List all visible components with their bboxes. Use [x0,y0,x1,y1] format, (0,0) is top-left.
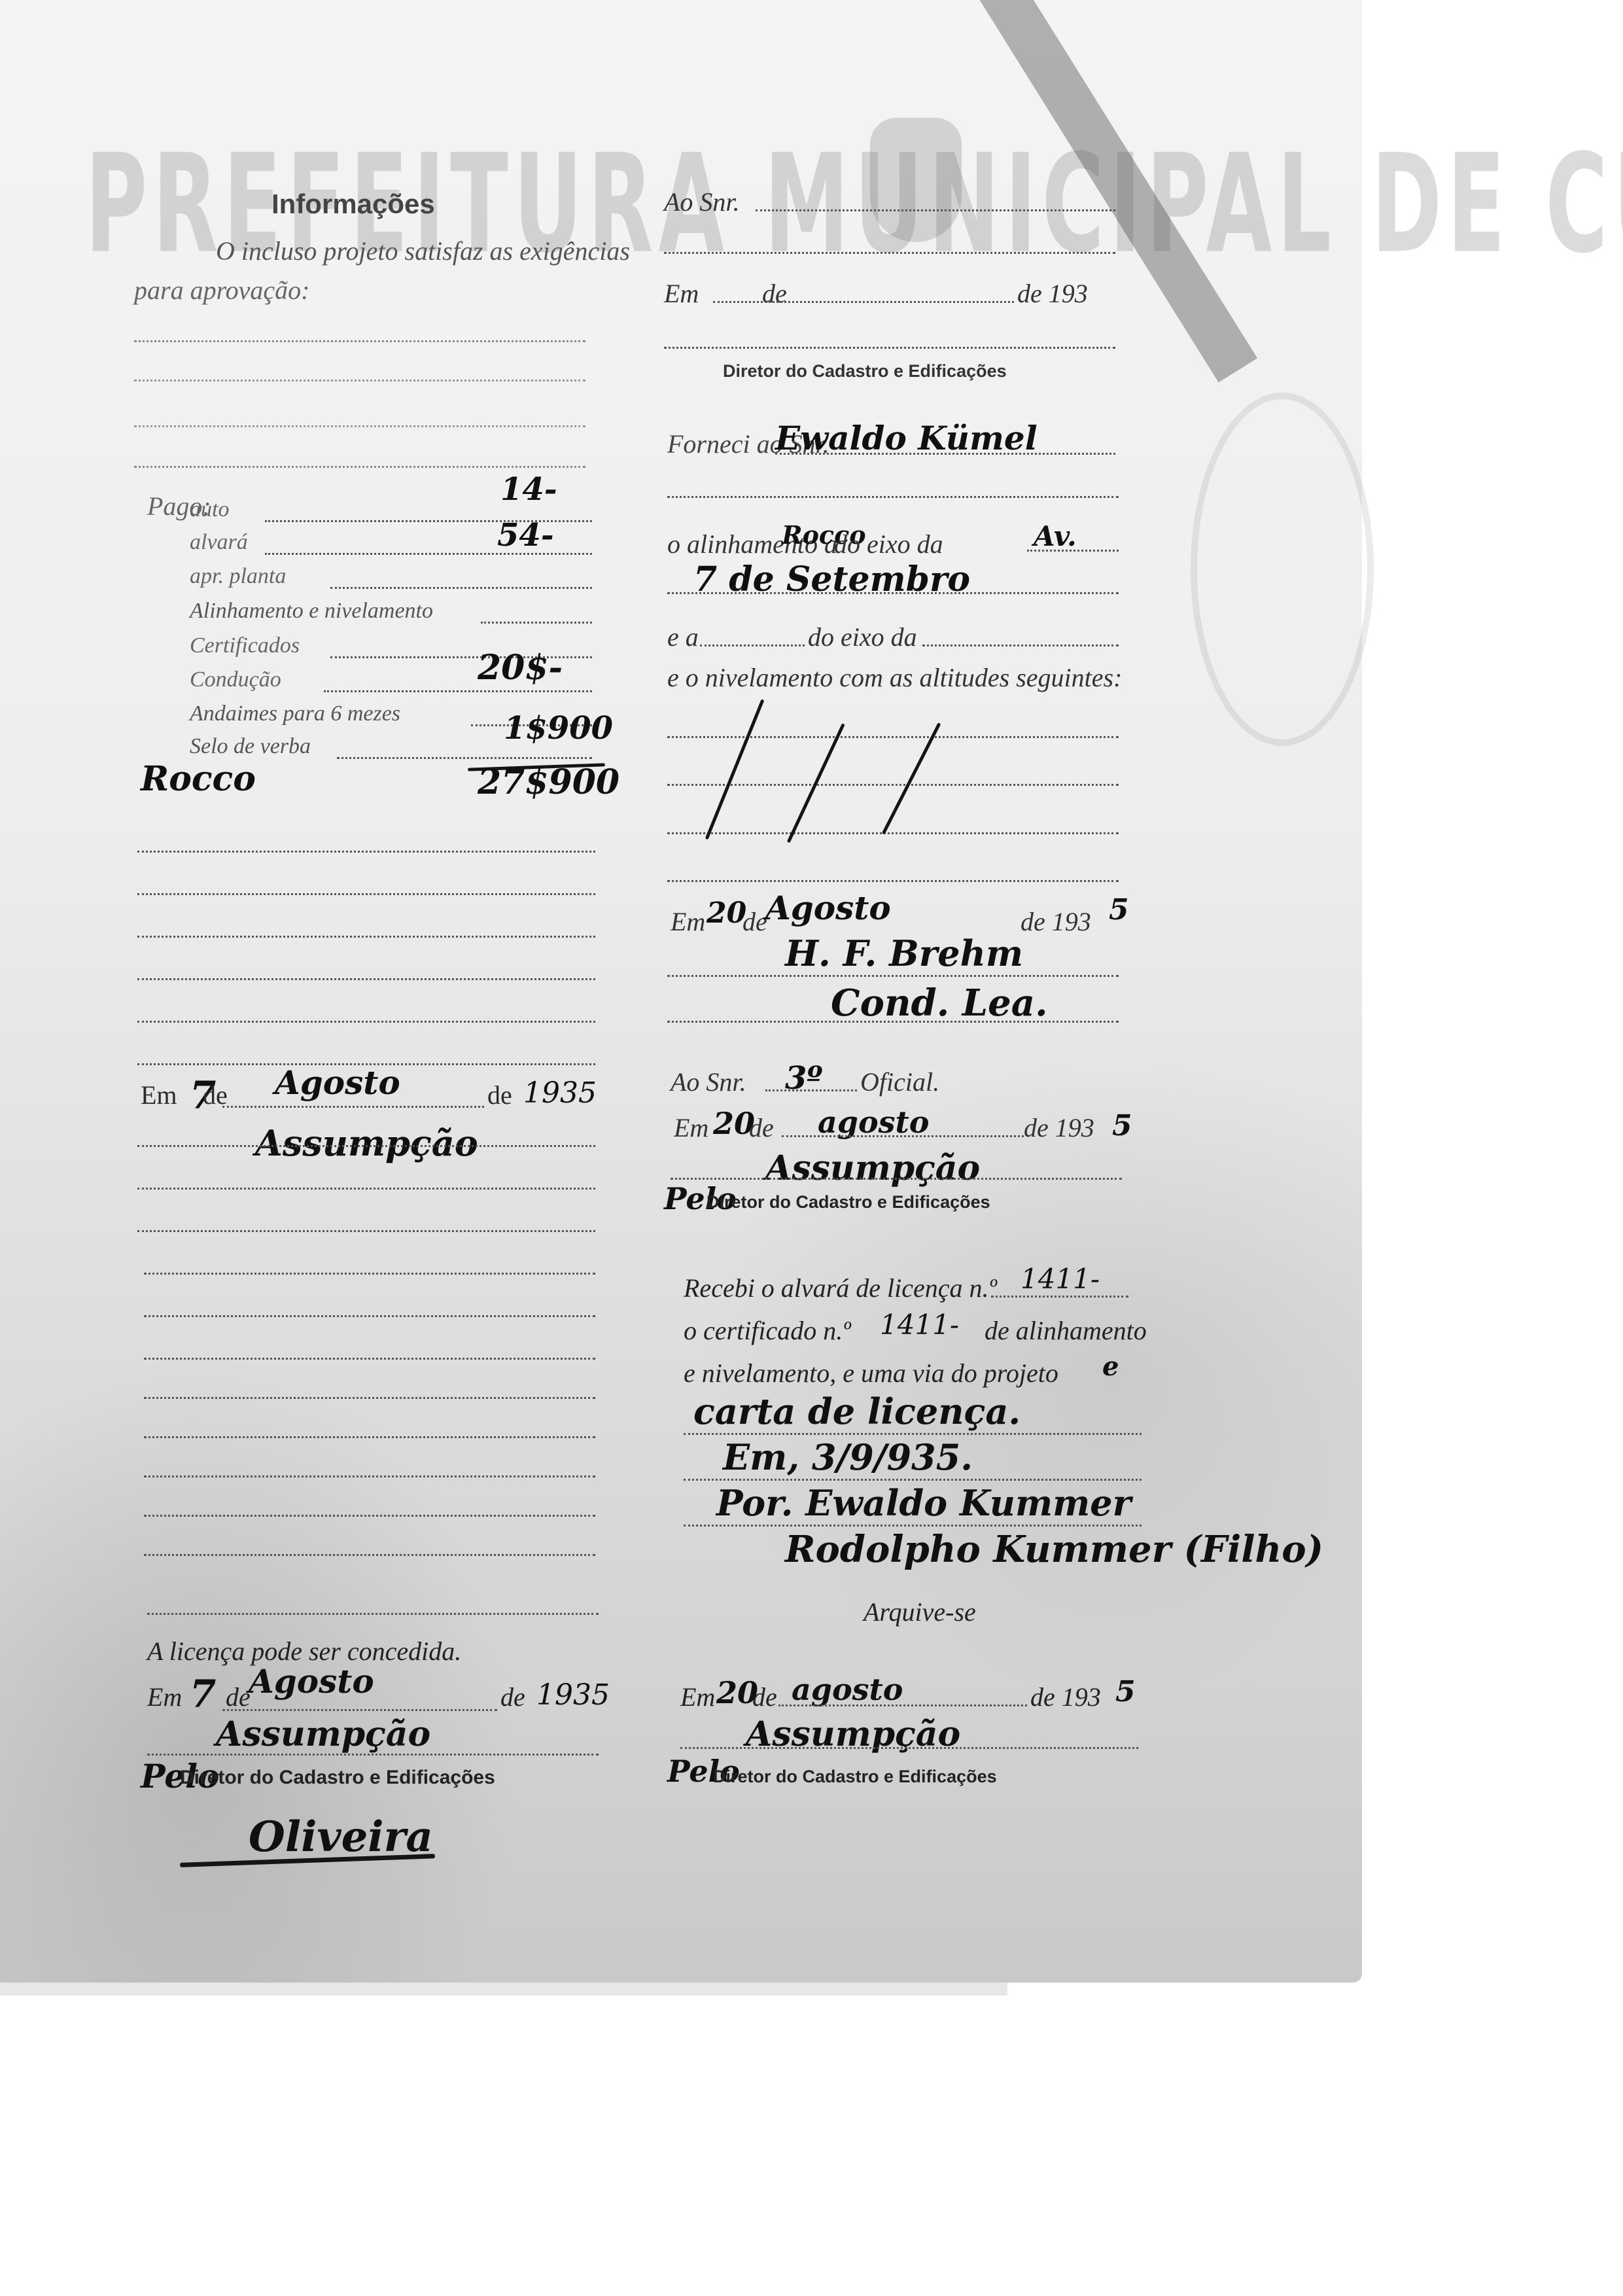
fee-label-certificados: Certificados [190,633,300,658]
forneci-value: Ewaldo Kümel [775,419,1038,457]
date3-day: 20 [707,896,746,930]
date-blank-de2: de 193 [1017,278,1088,309]
certificado-label: o certificado n.º [684,1315,851,1346]
fee-value-conducao: 20$- [478,648,563,688]
intro-line-1: O incluso projeto satisfaz as exigências [216,236,630,266]
fee-label-alinhamento: Alinhamento e nivelamento [190,599,433,624]
date3-year-digit: 5 [1109,893,1129,927]
ao-snr-label: Ao Snr. [664,186,740,217]
signature-assumpcao-3: Assumpção [765,1148,980,1188]
signature-assumpcao-2: Assumpção [216,1714,430,1754]
date2-month: Agosto [249,1662,374,1701]
faded-stamp [1191,393,1374,746]
handwritten-signature-kummer: Rodolpho Kummer (Filho) [785,1528,1323,1571]
date4-em: Em [674,1112,708,1143]
date1-month: Agosto [275,1063,400,1102]
ao-snr2-label: Ao Snr. [671,1067,746,1097]
eixo-label: do eixo da [834,529,943,559]
handwritten-carta: carta de licença. [693,1390,1021,1432]
slash-mark-1 [705,699,765,839]
fee-label-alvara: alvará [190,530,248,555]
e-a-label: e a [667,622,699,652]
page-edge [0,1983,1007,1996]
date3-de2: de 193 [1021,906,1091,937]
nivelamento-label: e o nivelamento com as altitudes seguint… [667,662,1122,693]
fee-label-conducao: Condução [190,667,281,692]
date4-year-digit: 5 [1112,1109,1132,1142]
date3-em: Em [671,906,705,937]
director-title-middle: Diretor do Cadastro e Edificações [707,1192,990,1212]
fee-value-selo: 1$900 [504,710,613,747]
fee-value-alvara: 54- [497,517,554,554]
director-title-top: Diretor do Cadastro e Edificações [723,361,1007,381]
signature-assumpcao-1: Assumpção [255,1122,478,1164]
date4-de2: de 193 [1024,1112,1094,1143]
date2-de2: de [500,1682,525,1712]
signature-brehm: H. F. Brehm [785,932,1023,974]
date2-em: Em [147,1682,182,1712]
handwritten-date: Em, 3/9/935. [723,1436,973,1478]
date5-de2: de 193 [1030,1682,1101,1712]
date1-de2: de [487,1080,512,1110]
date5-em: Em [680,1682,715,1712]
date5-de1: de [752,1682,777,1712]
fee-label-selo: Selo de verba [190,734,311,759]
slash-mark-2 [787,723,845,843]
recebi-value: 1411- [1021,1263,1100,1295]
handwritten-por: Por. Ewaldo Kummer [716,1482,1131,1524]
date5-year-digit: 5 [1115,1675,1136,1708]
date1-year: 1935 [523,1076,597,1110]
director-title-left: Diretor do Cadastro e Edificações [180,1767,495,1789]
eixo2-label: do eixo da [808,622,917,652]
total-note: Rocco [141,759,256,799]
certificado-value: 1411- [880,1309,959,1341]
recebi-label: Recebi o alvará de licença n.º [684,1273,997,1303]
date-blank-em: Em [664,278,699,309]
date1-em: Em [141,1080,177,1110]
date5-month: agosto [792,1672,903,1707]
date4-month: agosto [818,1104,929,1140]
fee-label-auto: auto [190,497,229,522]
director-title-bottom: Diretor do Cadastro e Edificações [713,1767,997,1787]
informacoes-heading: Informações [271,188,435,220]
date4-de1: de [749,1112,774,1143]
signature-role: Cond. Lea. [831,981,1048,1025]
oficial-label: Oficial. [860,1067,939,1097]
date3-de1: de [742,906,767,937]
nivelamento2-label: e nivelamento, e uma via do projeto [684,1358,1058,1388]
coat-of-arms-emblem [870,118,962,242]
scanned-form-page: PREFEITURA MUNICIPAL DE CURITIBA Informa… [0,0,1362,1983]
date-blank-de1: de [762,278,787,309]
fee-total: 27$900 [478,762,620,802]
certificado-suffix: de alinhamento [985,1315,1147,1346]
date2-year: 1935 [536,1678,610,1712]
fee-label-andaimes: Andaimes para 6 mezes [190,701,400,726]
eixo-value: Av. [1034,520,1077,552]
slash-mark-3 [882,722,941,835]
date3-month: Agosto [765,889,891,927]
arquive-label: Arquive-se [864,1597,976,1627]
date2-de1: de [226,1682,251,1712]
intro-line-2: para aprovação: [134,275,309,306]
fee-label-apr-planta: apr. planta [190,564,286,589]
date2-day: 7 [190,1672,216,1716]
fee-value-auto: 14- [500,471,557,508]
nivelamento2-value: e [1102,1351,1119,1382]
